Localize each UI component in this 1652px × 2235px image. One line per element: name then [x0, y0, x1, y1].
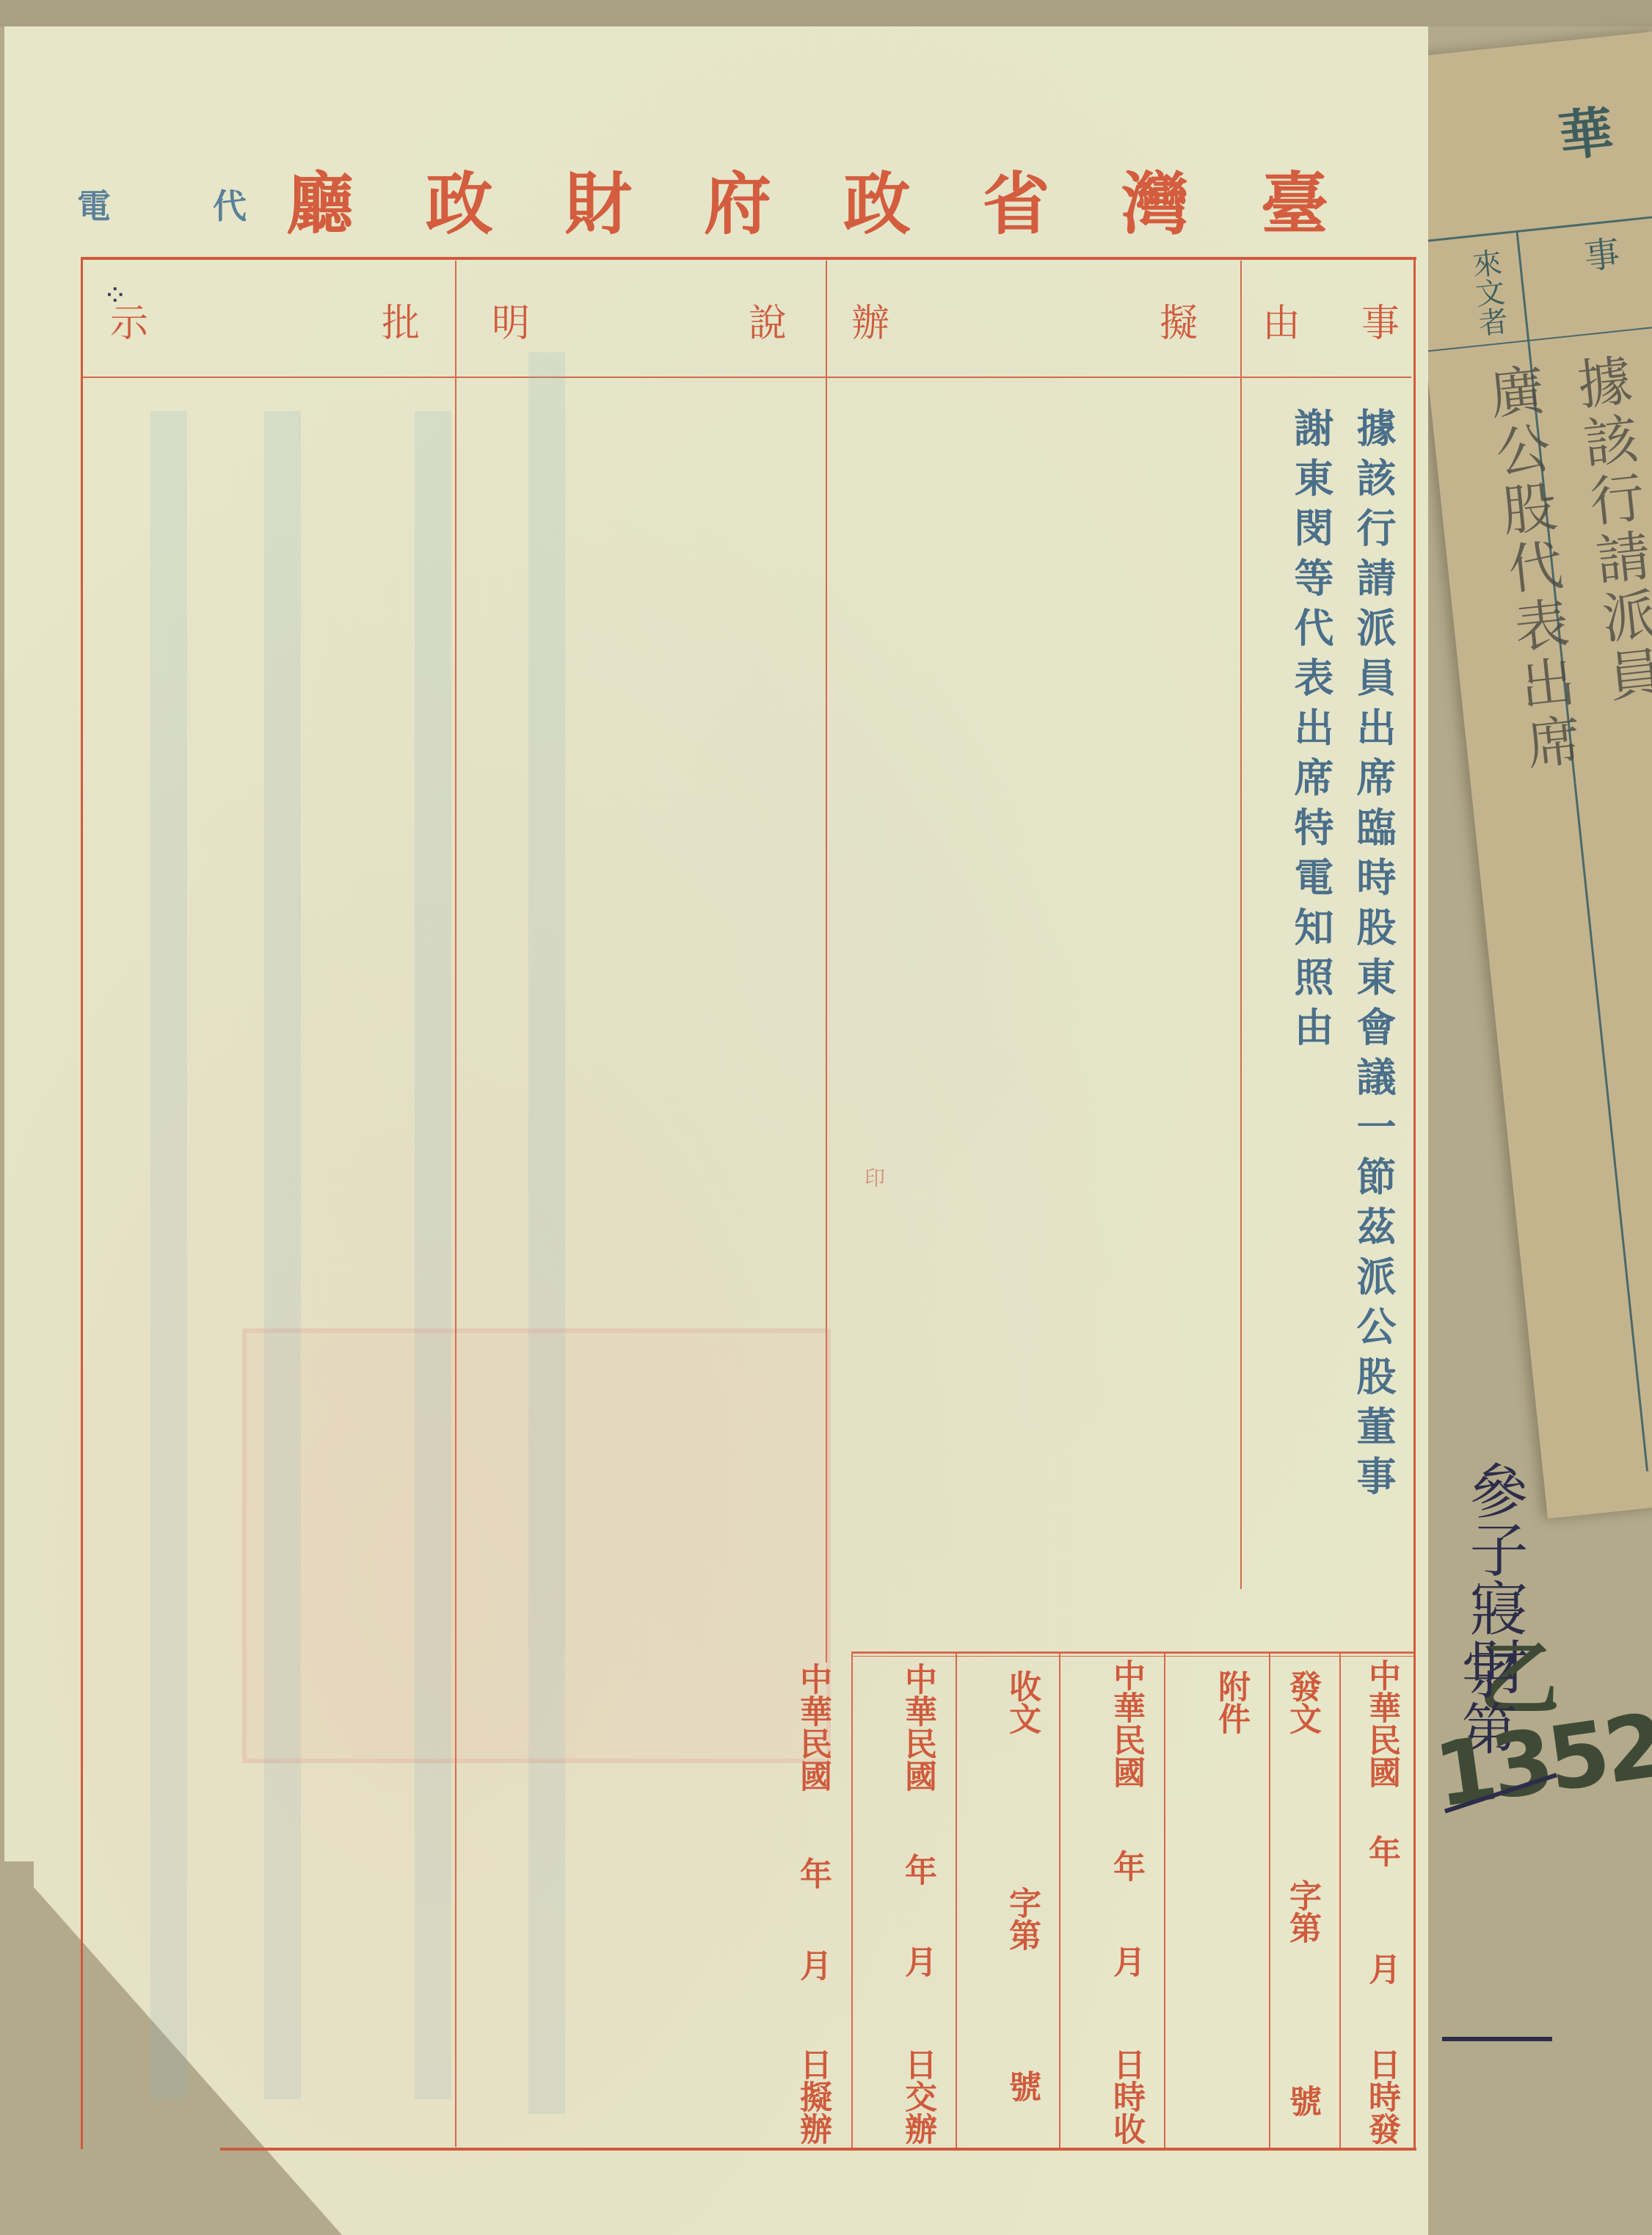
form-sheet: [4, 26, 1428, 2235]
show-through-column: [150, 411, 187, 2099]
attachment-label: 附件: [1215, 1670, 1247, 1734]
agency-title: 臺 灣 省 政 府 財 政 廳: [286, 150, 1328, 247]
header-explanation-char: 明: [492, 292, 530, 347]
show-through-column: [528, 352, 565, 2114]
side-header-char: 華: [1540, 102, 1623, 164]
dispatch-month-label: 月: [1365, 1952, 1397, 1985]
draft-month-label: 月: [796, 1949, 829, 1981]
doc-type-char: 代: [213, 180, 247, 228]
ink-marks: ⁘: [103, 279, 128, 313]
handover-date-prefix: 中華民國: [901, 1662, 934, 1792]
receive-no-label: 收文: [1005, 1670, 1038, 1734]
draft-day-label: 日擬辦: [796, 2048, 829, 2145]
title-char: 府: [704, 150, 771, 247]
doc-type-char: 電: [77, 180, 111, 228]
handover-month-label: 月: [901, 1945, 934, 1977]
receive-no-char: 字第: [1005, 1886, 1038, 1951]
title-char: 臺: [1261, 150, 1328, 247]
bottom-col-line: [1164, 1651, 1165, 2148]
show-through-column: [264, 411, 301, 2099]
title-char: 省: [983, 150, 1050, 247]
header-instruction-char: 批: [382, 292, 420, 347]
side-label-matter: 事: [1572, 234, 1626, 275]
draft-year-label: 年: [796, 1857, 829, 1889]
bottom-table-top-double: [851, 1656, 1413, 1657]
header-subject-char: 事: [1361, 292, 1400, 347]
handover-day-label: 日交辦: [901, 2048, 934, 2145]
receive-year-label: 年: [1110, 1850, 1142, 1882]
side-label-from: 來文者: [1463, 247, 1513, 338]
dispatch-date-prefix: 中華民國: [1365, 1659, 1397, 1788]
dispatch-day-label: 日時發: [1365, 2048, 1397, 2145]
bottom-table-top: [851, 1651, 1413, 1654]
bottom-col-line: [1269, 1651, 1270, 2148]
receive-date-prefix: 中華民國: [1110, 1659, 1142, 1788]
bottom-col-line: [956, 1651, 957, 2148]
form-right-border: [1413, 257, 1416, 2148]
dispatch-no-label: 發文: [1286, 1670, 1318, 1734]
title-char: 灣: [1121, 150, 1189, 247]
column-divider: [1240, 261, 1242, 1589]
subject-line-1: 據該行請派員出席臨時股東會議一節茲派公股董事: [1354, 407, 1394, 1505]
stamp-bracket-line: [1442, 2037, 1552, 2041]
show-through-column: [415, 411, 451, 2099]
handover-year-label: 年: [901, 1853, 934, 1886]
header-row-divider: [83, 377, 1411, 378]
header-proposal-char: 擬: [1160, 292, 1198, 347]
column-divider: [455, 261, 456, 2147]
receive-month-label: 月: [1110, 1945, 1142, 1977]
form-top-border: [81, 257, 1416, 260]
title-char: 政: [426, 150, 493, 247]
form-bottom-border: [220, 2148, 1416, 2151]
title-char: 財: [564, 150, 632, 247]
subject-line-2: 謝東閔等代表出席特電知照由: [1292, 407, 1331, 1056]
dispatch-no-suffix: 號: [1286, 2085, 1318, 2117]
bottom-col-line: [1339, 1651, 1341, 2148]
bottom-col-line: [851, 1651, 853, 2148]
receive-no-suffix: 號: [1005, 2070, 1038, 2102]
form-left-border: [81, 257, 83, 2149]
draft-date-prefix: 中華民國: [796, 1662, 829, 1792]
paper-texture: [4, 26, 1428, 2235]
faint-small-seal: 印: [859, 1167, 888, 1188]
receive-day-label: 日時收: [1110, 2048, 1142, 2145]
faint-seal-impression: [242, 1329, 831, 1763]
backing-top-edge: [0, 0, 1652, 26]
bottom-col-line: [1059, 1651, 1060, 2148]
header-subject-char: 由: [1262, 292, 1300, 347]
dispatch-no-char: 字第: [1286, 1879, 1318, 1944]
header-proposal-char: 辦: [851, 292, 889, 347]
side-rule: [1425, 323, 1652, 352]
title-char: 廳: [286, 150, 354, 247]
header-explanation-char: 說: [749, 292, 787, 347]
title-char: 政: [843, 150, 911, 247]
dispatch-year-label: 年: [1365, 1835, 1397, 1867]
